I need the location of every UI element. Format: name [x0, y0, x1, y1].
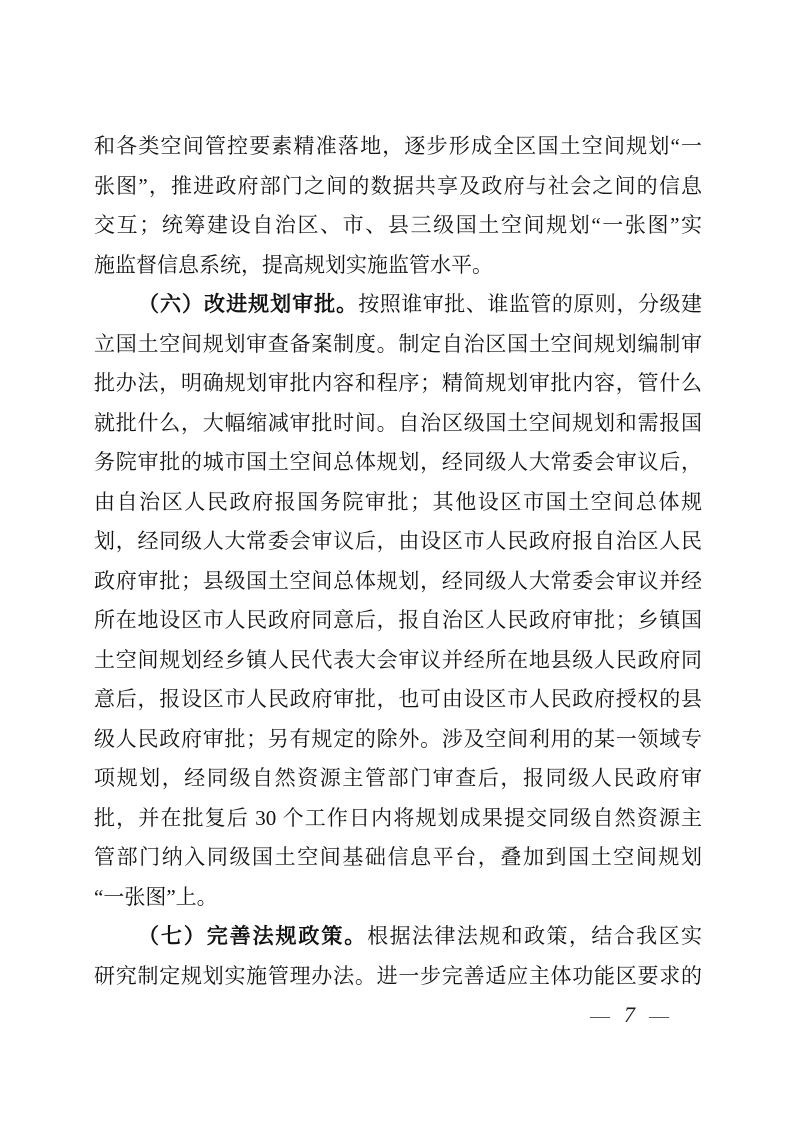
- text-line: 批办法，明确规划审批内容和程序；精简规划审批内容，管什么: [94, 364, 702, 404]
- text-line: 意后，报设区市人民政府审批，也可由设区市人民政府授权的县: [94, 680, 702, 720]
- document-body: 和各类空间管控要素精准落地，逐步形成全区国土空间规划“一张图”，推进政府部门之间…: [94, 127, 702, 996]
- page-number: 7: [624, 1002, 635, 1027]
- text-line: 施监督信息系统，提高规划实施监管水平。: [94, 246, 702, 286]
- text-line: 所在地设区市人民政府同意后，报自治区人民政府审批；乡镇国: [94, 601, 702, 641]
- text-line: （六）改进规划审批。按照谁审批、谁监管的原则，分级建: [94, 285, 702, 325]
- line-text: 按照谁审批、谁监管的原则，分级建: [358, 292, 702, 316]
- text-line: （七）完善法规政策。根据法律法规和政策，结合我区实际，: [94, 917, 702, 957]
- text-line: 张图”，推进政府部门之间的数据共享及政府与社会之间的信息: [94, 167, 702, 207]
- text-line: “一张图”上。: [94, 878, 702, 918]
- footer-dash-left: —: [590, 1005, 610, 1027]
- text-line: 由自治区人民政府报国务院审批；其他设区市国土空间总体规: [94, 483, 702, 523]
- text-line: 研究制定规划实施管理办法。进一步完善适应主体功能区要求的: [94, 957, 702, 997]
- text-line: 政府审批；县级国土空间总体规划，经同级人大常委会审议并经: [94, 562, 702, 602]
- text-line: 项规划，经同级自然资源主管部门审查后，报同级人民政府审: [94, 759, 702, 799]
- text-line: 划，经同级人大常委会审议后，由设区市人民政府报自治区人民: [94, 522, 702, 562]
- text-line: 务院审批的城市国土空间总体规划，经同级人大常委会审议后，: [94, 443, 702, 483]
- text-line: 交互；统筹建设自治区、市、县三级国土空间规划“一张图”实: [94, 206, 702, 246]
- footer-dash-right: —: [649, 1005, 669, 1027]
- text-line: 级人民政府审批；另有规定的除外。涉及空间利用的某一领域专: [94, 720, 702, 760]
- page-footer: —7—: [590, 999, 669, 1031]
- text-line: 就批什么，大幅缩减审批时间。自治区级国土空间规划和需报国: [94, 404, 702, 444]
- section-heading: （七）完善法规政策。: [138, 924, 367, 948]
- section-heading: （六）改进规划审批。: [138, 292, 358, 316]
- document-page: 和各类空间管控要素精准落地，逐步形成全区国土空间规划“一张图”，推进政府部门之间…: [0, 0, 793, 1122]
- text-line: 土空间规划经乡镇人民代表大会审议并经所在地县级人民政府同: [94, 641, 702, 681]
- text-line: 管部门纳入同级国土空间基础信息平台，叠加到国土空间规划: [94, 838, 702, 878]
- text-line: 批，并在批复后 30 个工作日内将规划成果提交同级自然资源主: [94, 799, 702, 839]
- text-line: 和各类空间管控要素精准落地，逐步形成全区国土空间规划“一: [94, 127, 702, 167]
- text-line: 立国土空间规划审查备案制度。制定自治区国土空间规划编制审: [94, 325, 702, 365]
